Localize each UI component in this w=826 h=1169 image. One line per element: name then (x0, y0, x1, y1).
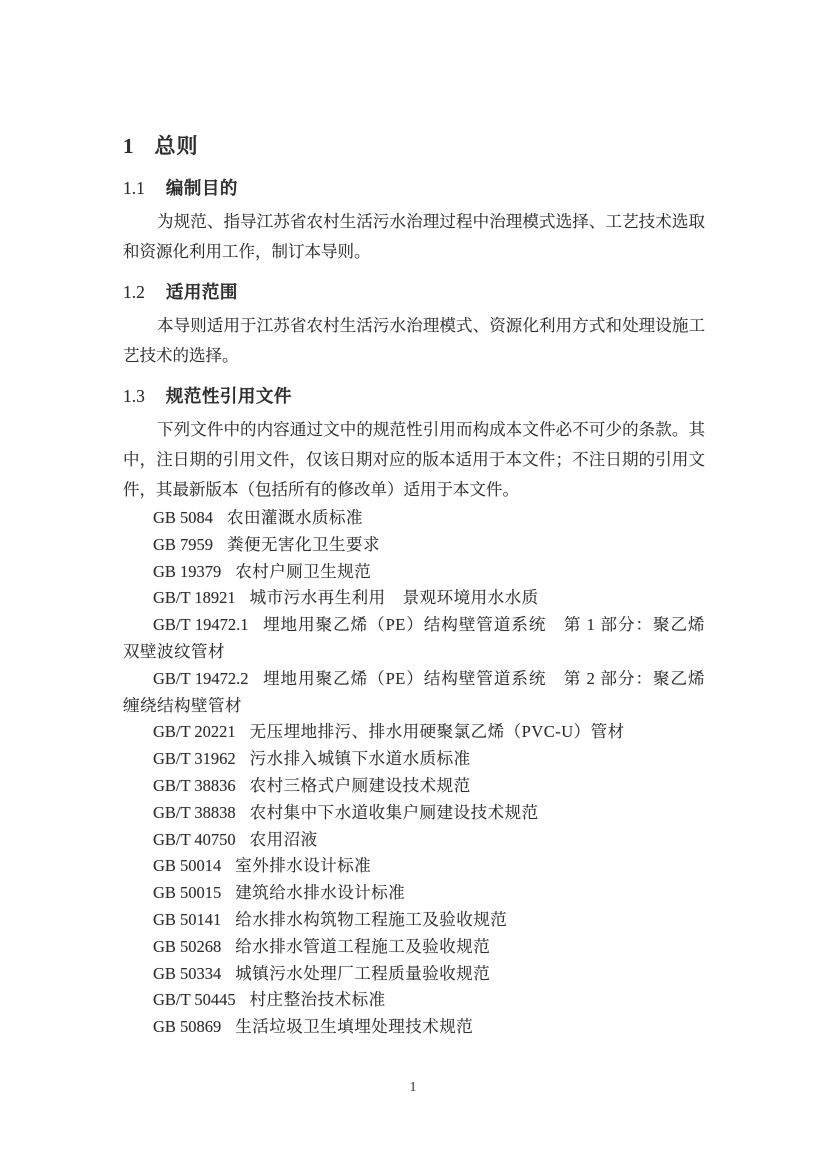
chapter-number: 1 (123, 134, 134, 158)
reference-title: 农用沼液 (250, 830, 318, 849)
page-number: 1 (0, 1080, 826, 1096)
paragraph: 为规范、指导江苏省农村生活污水治理过程中治理模式选择、工艺技术选取和资源化利用工… (123, 207, 705, 267)
paragraph: 下列文件中的内容通过文中的规范性引用而构成本文件必不可少的条款。其中，注日期的引… (123, 415, 705, 505)
chapter-heading: 1总则 (123, 133, 705, 160)
section-number: 1.2 (123, 282, 145, 302)
reference-code: GB/T 19472.1 (153, 615, 249, 634)
reference-item: GB 50268给水排水管道工程施工及验收规范 (123, 934, 705, 961)
reference-code: GB/T 38836 (153, 776, 236, 795)
section-body: 下列文件中的内容通过文中的规范性引用而构成本文件必不可少的条款。其中，注日期的引… (123, 415, 705, 505)
reference-item: GB/T 31962污水排入城镇下水道水质标准 (123, 746, 705, 773)
section: 1.3规范性引用文件 下列文件中的内容通过文中的规范性引用而构成本文件必不可少的… (123, 385, 705, 505)
reference-code: GB/T 50445 (153, 990, 236, 1009)
paragraph: 本导则适用于江苏省农村生活污水治理模式、资源化利用方式和处理设施工艺技术的选择。 (123, 311, 705, 371)
section-heading: 1.1编制目的 (123, 177, 705, 199)
reference-code: GB/T 19472.2 (153, 669, 249, 688)
reference-item: GB/T 18921城市污水再生利用 景观环境用水水质 (123, 585, 705, 612)
reference-item: GB/T 38836农村三格式户厕建设技术规范 (123, 773, 705, 800)
reference-title: 城镇污水处理厂工程质量验收规范 (235, 964, 490, 983)
reference-item: GB 50334城镇污水处理厂工程质量验收规范 (123, 961, 705, 988)
section-heading: 1.2适用范围 (123, 281, 705, 303)
reference-item: GB/T 38838农村集中下水道收集户厕建设技术规范 (123, 800, 705, 827)
reference-code: GB 50015 (153, 883, 221, 902)
reference-title: 污水排入城镇下水道水质标准 (250, 749, 471, 768)
reference-item: GB 50015建筑给水排水设计标准 (123, 880, 705, 907)
reference-code: GB 50334 (153, 964, 221, 983)
reference-title: 无压埋地排污、排水用硬聚氯乙烯（PVC-U）管材 (250, 722, 625, 741)
reference-code: GB 19379 (153, 562, 221, 581)
reference-title: 农村户厕卫生规范 (235, 562, 371, 581)
reference-title: 室外排水设计标准 (235, 856, 371, 875)
sections: 1.1编制目的 为规范、指导江苏省农村生活污水治理过程中治理模式选择、工艺技术选… (123, 177, 705, 505)
section-title: 编制目的 (166, 178, 238, 198)
reference-item: GB/T 19472.2埋地用聚乙烯（PE）结构壁管道系统 第 2 部分：聚乙烯… (123, 666, 705, 720)
reference-code: GB/T 38838 (153, 803, 236, 822)
reference-title: 生活垃圾卫生填埋处理技术规范 (235, 1017, 473, 1036)
reference-title: 建筑给水排水设计标准 (235, 883, 405, 902)
section: 1.2适用范围 本导则适用于江苏省农村生活污水治理模式、资源化利用方式和处理设施… (123, 281, 705, 371)
reference-code: GB/T 40750 (153, 830, 236, 849)
section-title: 规范性引用文件 (166, 386, 292, 406)
reference-list: GB 5084农田灌溉水质标准 GB 7959粪便无害化卫生要求 GB 1937… (123, 505, 705, 1041)
reference-code: GB 7959 (153, 535, 213, 554)
section-body: 为规范、指导江苏省农村生活污水治理过程中治理模式选择、工艺技术选取和资源化利用工… (123, 207, 705, 267)
section-number: 1.1 (123, 178, 145, 198)
reference-item: GB/T 50445村庄整治技术标准 (123, 987, 705, 1014)
section-title: 适用范围 (166, 282, 238, 302)
page-content: 1总则 1.1编制目的 为规范、指导江苏省农村生活污水治理过程中治理模式选择、工… (123, 0, 705, 1041)
reference-code: GB 50869 (153, 1017, 221, 1036)
reference-code: GB/T 18921 (153, 588, 236, 607)
reference-item: GB 7959粪便无害化卫生要求 (123, 532, 705, 559)
reference-code: GB/T 31962 (153, 749, 236, 768)
reference-code: GB 50141 (153, 910, 221, 929)
section-body: 本导则适用于江苏省农村生活污水治理模式、资源化利用方式和处理设施工艺技术的选择。 (123, 311, 705, 371)
reference-title: 农田灌溉水质标准 (227, 508, 363, 527)
reference-code: GB 5084 (153, 508, 213, 527)
reference-item: GB/T 20221无压埋地排污、排水用硬聚氯乙烯（PVC-U）管材 (123, 719, 705, 746)
reference-item: GB/T 19472.1埋地用聚乙烯（PE）结构壁管道系统 第 1 部分：聚乙烯… (123, 612, 705, 666)
reference-title: 粪便无害化卫生要求 (227, 535, 380, 554)
reference-title: 城市污水再生利用 景观环境用水水质 (250, 588, 539, 607)
section-heading: 1.3规范性引用文件 (123, 385, 705, 407)
reference-title: 给水排水构筑物工程施工及验收规范 (235, 910, 507, 929)
reference-item: GB 50141给水排水构筑物工程施工及验收规范 (123, 907, 705, 934)
reference-item: GB 19379农村户厕卫生规范 (123, 559, 705, 586)
reference-title: 农村三格式户厕建设技术规范 (250, 776, 471, 795)
document-page: 1总则 1.1编制目的 为规范、指导江苏省农村生活污水治理过程中治理模式选择、工… (0, 0, 826, 1169)
reference-code: GB 50268 (153, 937, 221, 956)
reference-code: GB/T 20221 (153, 722, 236, 741)
reference-code: GB 50014 (153, 856, 221, 875)
chapter-title: 总则 (155, 135, 199, 158)
reference-item: GB/T 40750农用沼液 (123, 827, 705, 854)
reference-title: 给水排水管道工程施工及验收规范 (235, 937, 490, 956)
reference-item: GB 50014室外排水设计标准 (123, 853, 705, 880)
section: 1.1编制目的 为规范、指导江苏省农村生活污水治理过程中治理模式选择、工艺技术选… (123, 177, 705, 267)
section-number: 1.3 (123, 386, 145, 406)
reference-item: GB 50869生活垃圾卫生填埋处理技术规范 (123, 1014, 705, 1041)
reference-item: GB 5084农田灌溉水质标准 (123, 505, 705, 532)
reference-title: 农村集中下水道收集户厕建设技术规范 (250, 803, 539, 822)
reference-title: 村庄整治技术标准 (250, 990, 386, 1009)
